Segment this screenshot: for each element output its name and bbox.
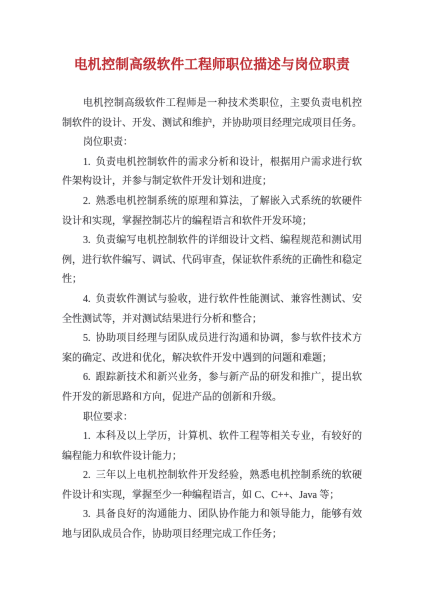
intro-paragraph: 电机控制高级软件工程师是一种技术类职位，主要负责电机控制软件的设计、开发、测试和… <box>62 94 362 133</box>
duties-item-6: 6. 跟踪新技术和新兴业务，参与新产品的研发和推广，提出软件开发的新思路和方向，… <box>62 368 362 407</box>
requirements-item-3: 3. 具备良好的沟通能力、团队协作能力和领导能力，能够有效地与团队成员合作，协助… <box>62 505 362 544</box>
requirements-section-heading: 职位要求： <box>62 408 362 428</box>
document-page: 电机控制高级软件工程师职位描述与岗位职责 电机控制高级软件工程师是一种技术类职位… <box>0 0 424 600</box>
requirements-item-1: 1. 本科及以上学历，计算机、软件工程等相关专业，有较好的编程能力和软件设计能力… <box>62 427 362 466</box>
duties-item-4: 4. 负责软件测试与验收，进行软件性能测试、兼容性测试、安全性测试等，并对测试结… <box>62 290 362 329</box>
requirements-item-2: 2. 三年以上电机控制软件开发经验，熟悉电机控制系统的软硬件设计和实现，掌握至少… <box>62 466 362 505</box>
document-title: 电机控制高级软件工程师职位描述与岗位职责 <box>62 55 362 75</box>
duties-item-5: 5. 协助项目经理与团队成员进行沟通和协调，参与软件技术方案的确定、改进和优化，… <box>62 329 362 368</box>
duties-item-2: 2. 熟悉电机控制系统的原理和算法，了解嵌入式系统的软硬件设计和实现，掌握控制芯… <box>62 192 362 231</box>
duties-item-3: 3. 负责编写电机控制软件的详细设计文档、编程规范和测试用例，进行软件编写、调试… <box>62 231 362 290</box>
duties-item-1: 1. 负责电机控制软件的需求分析和设计，根据用户需求进行软件架构设计，并参与制定… <box>62 153 362 192</box>
duties-section-heading: 岗位职责： <box>62 133 362 153</box>
